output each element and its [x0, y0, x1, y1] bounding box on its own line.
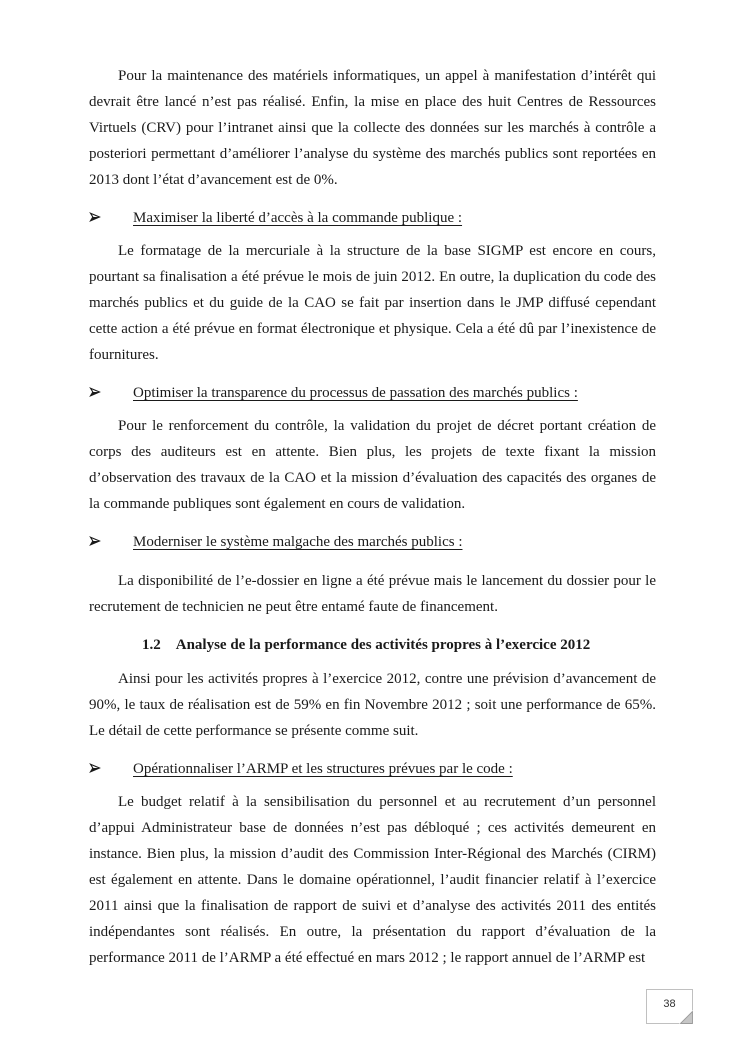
bullet-heading-moderniser: Moderniser le système malgache des march…: [133, 529, 462, 555]
paragraph-formatage-mercuriale: Le formatage de la mercuriale à la struc…: [89, 238, 656, 368]
bullet-heading-operationnaliser: Opérationnaliser l’ARMP et les structure…: [133, 756, 513, 782]
page-number-box: 38: [646, 989, 693, 1024]
bullet-item-optimiser: Optimiser la transparence du processus d…: [89, 380, 656, 406]
bullet-heading-optimiser: Optimiser la transparence du processus d…: [133, 380, 578, 406]
page-number: 38: [663, 999, 675, 1010]
bullet-item-moderniser: Moderniser le système malgache des march…: [89, 529, 656, 555]
arrow-bullet-icon: [89, 386, 133, 398]
paragraph-performance-2012: Ainsi pour les activités propres à l’exe…: [89, 666, 656, 744]
document-page: Pour la maintenance des matériels inform…: [0, 0, 745, 1053]
section-number: 1.2: [142, 632, 161, 658]
page-curl-icon: [678, 1009, 693, 1024]
bullet-item-maximiser: Maximiser la liberté d’accès à la comman…: [89, 205, 656, 231]
arrow-bullet-icon: [89, 211, 133, 223]
bullet-item-operationnaliser: Opérationnaliser l’ARMP et les structure…: [89, 756, 656, 782]
paragraph-maintenance-informatique: Pour la maintenance des matériels inform…: [89, 63, 656, 193]
arrow-bullet-icon: [89, 762, 133, 774]
paragraph-renforcement-controle: Pour le renforcement du contrôle, la val…: [89, 413, 656, 517]
arrow-bullet-icon: [89, 535, 133, 547]
bullet-heading-maximiser: Maximiser la liberté d’accès à la comman…: [133, 205, 462, 231]
paragraph-budget-armp: Le budget relatif à la sensibilisation d…: [89, 789, 656, 971]
paragraph-edossier: La disponibilité de l’e-dossier en ligne…: [89, 568, 656, 620]
section-heading-1-2: 1.2 Analyse de la performance des activi…: [142, 632, 656, 658]
section-title: Analyse de la performance des activités …: [176, 632, 591, 658]
